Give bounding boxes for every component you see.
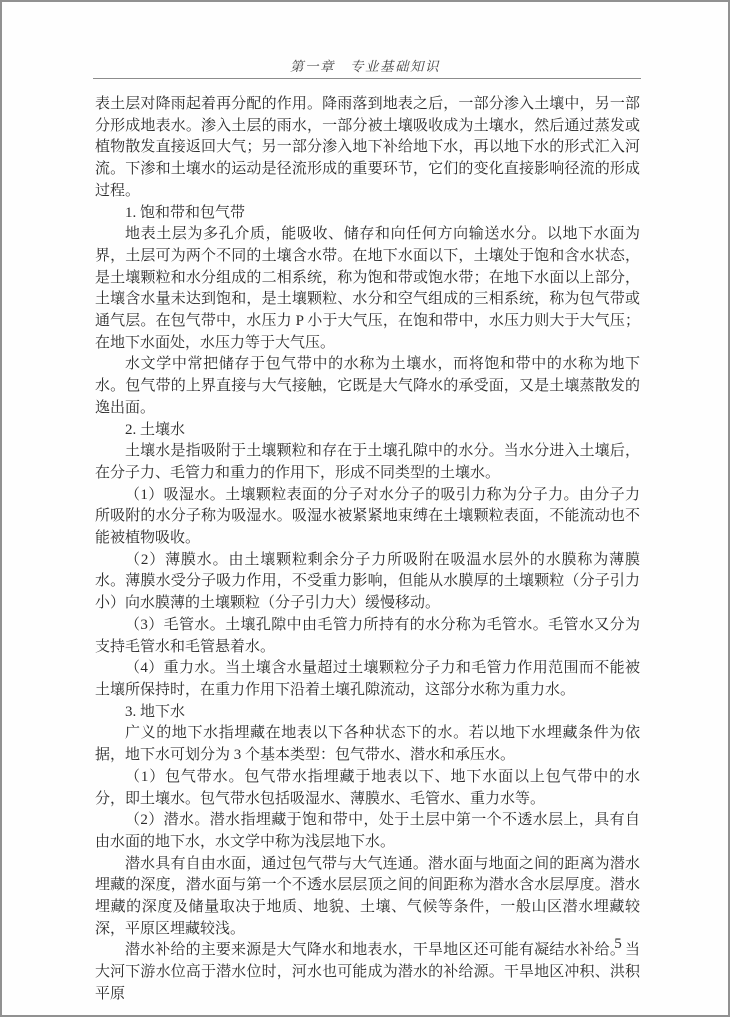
paragraph: （1）吸湿水。土壤颗粒表面的分子对水分子的吸引力称为分子力。由分子力所吸附的水分… [95,485,640,550]
header-rule-divider [93,78,641,79]
paragraph: （3）毛管水。土壤孔隙中由毛管力所持有的水分称为毛管水。毛管水又分为支持毛管水和… [95,615,640,658]
page-number: 5 [606,936,630,953]
paragraph: 土壤水是指吸附于土壤颗粒和存在于土壤孔隙中的水分。当水分进入土壤后，在分子力、毛… [95,441,640,484]
paragraph: （4）重力水。当土壤含水量超过土壤颗粒分子力和毛管力作用范围而不能被土壤所保持时… [95,658,640,701]
paragraph: 广义的地下水指埋藏在地表以下各种状态下的水。若以地下水埋藏条件为依据，地下水可划… [95,723,640,766]
scanned-book-page: 第一章 专业基础知识 表土层对降雨起着再分配的作用。降雨落到地表之后，一部分渗入… [0,0,730,1017]
section-heading: 3. 地下水 [95,702,640,724]
paragraph: 水文学中常把储存于包气带中的水称为土壤水，而将饱和带中的水称为地下水。包气带的上… [95,354,640,419]
paragraph: 潜水具有自由水面，通过包气带与大气连通。潜水面与地面之间的距离为潜水埋藏的深度，… [95,854,640,941]
page-body-text: 表土层对降雨起着再分配的作用。降雨落到地表之后，一部分渗入土壤中，另一部分形成地… [95,94,640,1006]
section-heading: 2. 土壤水 [95,420,640,442]
paragraph: 地表土层为多孔介质，能吸收、储存和向任何方向输送水分。以地下水面为界，土层可为两… [95,224,640,354]
section-heading: 1. 饱和带和包气带 [95,203,640,225]
paragraph: （1）包气带水。包气带水指埋藏于地表以下、地下水面以上包气带中的水分，即土壤水。… [95,767,640,810]
running-header: 第一章 专业基础知识 [2,55,728,75]
paragraph: （2）薄膜水。由土壤颗粒剩余分子力所吸附在吸温水层外的水膜称为薄膜水。薄膜水受分… [95,550,640,615]
paragraph: 表土层对降雨起着再分配的作用。降雨落到地表之后，一部分渗入土壤中，另一部分形成地… [95,94,640,203]
paragraph: （2）潜水。潜水指埋藏于饱和带中，处于土层中第一个不透水层上，具有自由水面的地下… [95,810,640,853]
paragraph: 潜水补给的主要来源是大气降水和地表水，干旱地区还可能有凝结水补给。当大河下游水位… [95,940,640,1005]
